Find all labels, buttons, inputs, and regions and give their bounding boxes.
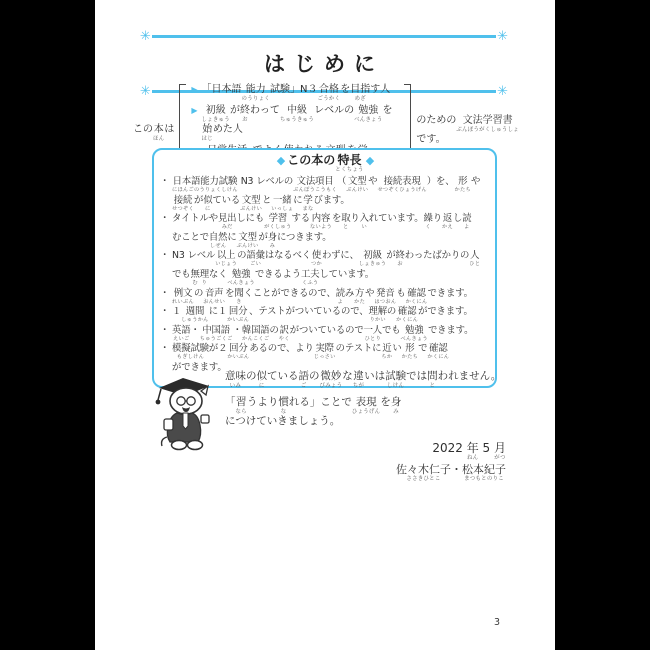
text-segment: 中国語ちゅうごくご — [200, 325, 233, 342]
text-segment: につきます。 — [277, 232, 331, 243]
text-segment: 接続せつぞく — [172, 195, 194, 212]
text-segment: 確認かくにん — [427, 343, 449, 360]
text-segment: れる」ことで — [289, 396, 352, 409]
text-segment: のための — [416, 115, 456, 127]
text-segment: 読よ — [336, 288, 345, 305]
text-segment: 勉強べんきょう — [227, 269, 254, 286]
text-segment: 回分かいぶん — [227, 306, 249, 323]
text-segment: 試験しけん — [385, 370, 406, 389]
diamond-icon: ◆ — [277, 154, 285, 167]
text-segment: めた人 — [213, 124, 243, 136]
feature-bullet: ・ １週間しゅうかんに１回分かいぶん、テストがついているので、理解りかいの確認か… — [160, 306, 491, 325]
text-segment: 中級ちゅうきゅう — [280, 105, 314, 123]
authors: 佐々木仁子ささきひとこ・松本紀子まつもとのりこ — [152, 463, 506, 482]
text-segment: 文法項目ぶんぽうこうもく — [293, 176, 337, 193]
feature-bullet: ・ N3 レベル以上いじょうの語彙ごいはなるべく使つかわずに、初級しょきゅうが終… — [160, 250, 491, 287]
text-segment: （ — [337, 176, 346, 187]
text-segment: 例文れいぶん — [172, 288, 194, 305]
text-segment: 表現ひょうげん — [352, 396, 380, 415]
feature-bullet: ・ 英語えいご・中国語ちゅうごくご・韓国語かんこくごの訳やくがついているので一人… — [160, 325, 491, 344]
text-segment: 終お — [396, 250, 405, 267]
feature-bullet-text: 英語えいご・中国語ちゅうごくご・韓国語かんこくごの訳やくがついているので一人ひと… — [172, 325, 491, 344]
text-segment: 繰く — [424, 213, 433, 230]
page-number: 3 — [494, 617, 500, 628]
closing-section: 意味いみの似にている語ごの微妙びみょうな違ちがいは試験しけんでは問とわれません。… — [152, 370, 506, 482]
snowflake-asterisk-icon: ✳︎ — [140, 30, 151, 43]
text-segment: 、テストがついているので、 — [249, 306, 368, 317]
text-segment: が — [194, 195, 203, 206]
text-segment: できるよう — [255, 269, 301, 280]
intro-suffix-text: のための文法学習書ぶんぽうがくしゅうしょです。 — [416, 115, 542, 153]
text-segment: 始はじ — [202, 124, 213, 142]
feature-bullet: ・ 例文れいぶんの音声おんせいを聞きくことができるので、読よみ方かたや発音はつお… — [160, 288, 491, 307]
text-segment: に — [293, 195, 302, 206]
text-segment: 自然しぜん — [209, 232, 227, 249]
diamond-icon: ◆ — [366, 154, 374, 167]
text-segment: の — [270, 325, 279, 336]
text-segment: を — [383, 105, 393, 117]
text-segment: あるので、より — [249, 343, 313, 354]
text-segment: 取と — [341, 213, 350, 230]
text-segment: ・ — [190, 325, 199, 336]
text-segment: でも — [382, 325, 400, 336]
closing-line: 意味いみの似にている語ごの微妙びみょうな違ちがいは試験しけんでは問とわれません。 — [225, 370, 506, 389]
text-segment: や — [368, 176, 377, 187]
professor-mascot-illustration — [152, 374, 216, 452]
text-segment: 佐々木仁子ささきひとこ — [396, 463, 451, 482]
bullet-dot: ・ — [160, 250, 172, 261]
text-segment: 合格ごうかく — [318, 84, 341, 102]
feature-bullet-text: １週間しゅうかんに１回分かいぶん、テストがついているので、理解りかいの確認かくに… — [172, 306, 491, 325]
text-segment: の — [387, 306, 396, 317]
text-segment: や — [365, 288, 374, 299]
text-segment: 問と — [427, 370, 438, 389]
text-segment: 模擬試験もぎしけん — [172, 343, 209, 360]
text-segment: 5 — [479, 441, 494, 455]
text-segment: ・ — [233, 325, 242, 336]
text-segment: 語彙ごい — [246, 250, 264, 267]
text-segment: に１ — [209, 306, 227, 317]
text-segment: に — [227, 232, 236, 243]
text-segment: 一人ひとり — [364, 325, 382, 342]
text-segment: 能力のうりょく — [242, 84, 270, 102]
book-page: ✳︎ ✳︎ はじめに ✳︎ ✳︎ この本ほんは ▶︎ 「日本語能力のうりょく試験… — [95, 0, 555, 650]
text-segment: できます。 — [428, 288, 473, 299]
text-segment: 人ひと — [469, 250, 480, 267]
text-segment: 週間しゅうかん — [181, 306, 208, 323]
text-segment: われません。 — [438, 370, 502, 383]
text-segment: も — [396, 288, 405, 299]
text-segment: できます。 — [428, 325, 473, 336]
text-segment: 学まな — [302, 195, 313, 212]
text-segment: 似に — [203, 195, 212, 212]
text-segment: の — [237, 250, 246, 261]
feature-bullet: ・ タイトルや見出みだしにも学習がくしゅうする内容ないようを取とり入いれています… — [160, 213, 491, 250]
text-segment: 確認かくにん — [406, 288, 428, 305]
triangle-bullet-icon: ▶︎ — [191, 105, 197, 117]
intro-item: ▶︎ 初級しょきゅうが終おわって中級ちゅうきゅうレベルの勉強べんきょうを始はじめ… — [191, 105, 399, 143]
text-segment: 内容ないよう — [310, 213, 332, 230]
text-segment: 「日本語 — [202, 84, 242, 96]
text-segment: り — [433, 213, 442, 224]
text-segment: のテストに — [336, 343, 382, 354]
text-segment: する — [292, 213, 310, 224]
text-segment: 使つか — [311, 250, 322, 267]
closing-line: 「習ならうより慣なれる」ことで表現ひょうげんを身みにつけていきましょう。 — [225, 396, 506, 434]
text-segment: 年ねん — [467, 441, 479, 461]
text-segment: 日本語能力試験にほんごのうりょくしけん — [172, 176, 238, 193]
text-segment: 音声おんせい — [203, 288, 225, 305]
text-segment: 勉強べんきょう — [400, 325, 427, 342]
text-segment: 近ちか — [381, 343, 392, 360]
text-segment: を — [380, 396, 391, 409]
text-segment: 見出みだ — [218, 213, 236, 230]
text-segment: 文法学習書ぶんぽうがくしゅうしょ — [456, 115, 519, 133]
text-segment: ・ — [451, 463, 462, 476]
text-segment: 初級しょきゅう — [202, 105, 230, 123]
triangle-bullet-icon: ▶︎ — [191, 84, 197, 96]
text-segment: ができます。 — [418, 306, 473, 317]
text-segment: 読よ — [462, 213, 471, 230]
snowflake-asterisk-icon: ✳︎ — [497, 30, 508, 43]
text-segment: 理り — [200, 269, 209, 286]
text-segment: を — [225, 288, 234, 299]
text-segment: なく — [209, 269, 227, 280]
text-segment: 身み — [391, 396, 402, 415]
text-segment: 似に — [257, 370, 268, 389]
text-segment: 文型ぶんけい — [240, 195, 262, 212]
text-segment: し — [453, 213, 462, 224]
text-segment: が — [386, 250, 395, 261]
text-segment: 試験」N３ — [270, 84, 317, 96]
bullet-dot: ・ — [160, 213, 172, 224]
text-segment: 工夫くふう — [301, 269, 319, 286]
text-segment: この — [133, 124, 153, 136]
feature-bullet-text: タイトルや見出みだしにも学習がくしゅうする内容ないようを取とり入いれています。繰… — [172, 213, 491, 250]
text-segment: 文型ぶんけい — [237, 232, 259, 249]
text-segment: レベルの — [314, 105, 354, 117]
bullet-dot: ・ — [160, 288, 172, 299]
text-segment: み — [345, 288, 354, 299]
text-segment: はなるべく — [265, 250, 311, 261]
text-segment: この本の — [287, 154, 335, 167]
text-segment: で — [418, 343, 427, 354]
text-segment: につけていきましょう。 — [225, 415, 340, 428]
text-segment: の — [246, 370, 257, 383]
text-segment: 無む — [190, 269, 199, 286]
bullet-dot: ・ — [160, 176, 172, 187]
text-segment: 初級しょきゅう — [359, 250, 386, 267]
text-segment: ）を、 — [427, 176, 455, 187]
text-segment: 特長とくちょう — [335, 154, 363, 173]
intro-item-text: 初級しょきゅうが終おわって中級ちゅうきゅうレベルの勉強べんきょうを始はじめた人 — [202, 105, 400, 143]
text-segment: 習なら — [236, 396, 247, 415]
text-segment: ている — [267, 370, 299, 383]
features-heading-text: この本の特長とくちょう — [287, 154, 363, 173]
text-segment: 理解りかい — [368, 306, 386, 323]
text-segment: 松本紀子まつもとのりこ — [462, 463, 506, 482]
text-segment: 確認かくにん — [396, 306, 418, 323]
bullet-dot: ・ — [160, 306, 172, 317]
text-segment: くことができるので、 — [244, 288, 336, 299]
text-segment: N3 レベルの — [238, 176, 293, 187]
text-segment: 文型ぶんけい — [346, 176, 368, 193]
text-segment: 韓国語かんこくご — [242, 325, 270, 342]
bullet-dot: ・ — [160, 343, 172, 354]
feature-bullet-text: 例文れいぶんの音声おんせいを聞きくことができるので、読よみ方かたや発音はつおんも… — [172, 288, 491, 307]
text-segment: な — [342, 370, 353, 383]
text-segment: が２ — [209, 343, 227, 354]
text-segment: でも — [172, 269, 190, 280]
text-segment: です。 — [416, 134, 445, 146]
text-segment: す人 — [370, 84, 390, 96]
text-segment: 接続表現せつぞくひょうげん — [377, 176, 426, 193]
text-segment: いは — [364, 370, 385, 383]
text-segment: が — [259, 232, 268, 243]
decorated-rule-top: ✳︎ ✳︎ — [140, 30, 508, 43]
text-segment: 返かえ — [442, 213, 453, 230]
blue-rule-line — [152, 35, 496, 38]
text-segment: 以上いじょう — [215, 250, 237, 267]
text-segment: しにも — [236, 213, 264, 224]
text-segment: を — [332, 213, 341, 224]
text-segment: 発音はつおん — [374, 288, 396, 305]
text-segment: ている — [212, 195, 240, 206]
text-segment: 学習がくしゅう — [264, 213, 291, 230]
feature-bullet: ・ 日本語能力試験にほんごのうりょくしけん N3 レベルの文法項目ぶんぽうこうも… — [160, 176, 491, 213]
text-segment: びます。 — [313, 195, 349, 206]
text-segment: では — [406, 370, 427, 383]
text-segment: 方かた — [354, 288, 365, 305]
text-segment: 訳やく — [279, 325, 290, 342]
text-segment: は — [164, 124, 174, 136]
text-segment: わずに、 — [322, 250, 359, 261]
text-segment: がついているので — [290, 325, 364, 336]
intro-item-text: 「日本語能力のうりょく試験」N３合格ごうかくを目指めざす人 — [202, 84, 391, 103]
text-segment: と — [262, 195, 271, 206]
text-segment: 勉強べんきょう — [354, 105, 382, 123]
text-segment: 慣な — [278, 396, 289, 415]
feature-bullet-text: 日本語能力試験にほんごのうりょくしけん N3 レベルの文法項目ぶんぽうこうもく（… — [172, 176, 491, 213]
intro-label: この本ほんは — [133, 124, 174, 143]
text-segment: 違ちが — [353, 370, 364, 389]
text-segment: 回分かいぶん — [227, 343, 249, 360]
text-segment: い — [392, 343, 401, 354]
text-segment: うより — [247, 396, 279, 409]
text-segment: むことで — [172, 232, 209, 243]
text-segment: の — [309, 370, 320, 383]
bullet-dot: ・ — [160, 325, 172, 336]
text-segment: １ — [172, 306, 181, 317]
text-segment: 意味いみ — [225, 370, 246, 389]
text-segment: 語ご — [299, 370, 310, 389]
text-segment: 月がつ — [494, 441, 506, 461]
text-segment: わって — [250, 105, 280, 117]
text-segment: や — [471, 176, 480, 187]
text-segment: タイトルや — [172, 213, 218, 224]
features-heading: ◆この本の特長とくちょう◆ — [160, 154, 491, 173]
text-segment: 実際じっさい — [314, 343, 336, 360]
page-title: はじめに — [140, 43, 508, 85]
text-segment: 微妙びみょう — [320, 370, 343, 389]
text-segment: 本ほん — [153, 124, 164, 142]
text-segment: わったばかりの — [405, 250, 469, 261]
text-segment: N3 レベル — [172, 250, 215, 261]
text-segment: 2022 — [432, 441, 466, 455]
text-segment: 入い — [360, 213, 369, 230]
feature-bullet-text: N3 レベル以上いじょうの語彙ごいはなるべく使つかわずに、初級しょきゅうが終おわ… — [172, 250, 491, 287]
text-segment: が — [230, 105, 240, 117]
text-segment: を — [340, 84, 350, 96]
text-segment: れています。 — [369, 213, 424, 224]
text-segment: 身み — [268, 232, 277, 249]
text-segment: の — [194, 288, 203, 299]
closing-text: 意味いみの似にている語ごの微妙びみょうな違ちがいは試験しけんでは問とわれません。… — [225, 370, 506, 434]
intro-item: ▶︎ 「日本語能力のうりょく試験」N３合格ごうかくを目指めざす人 — [191, 84, 399, 103]
text-segment: 目指めざ — [350, 84, 370, 102]
text-segment: 終お — [240, 105, 250, 123]
text-segment: 「 — [225, 396, 236, 409]
text-segment: 一緒いっしょ — [271, 195, 293, 212]
text-segment: 英語えいご — [172, 325, 190, 342]
text-segment: り — [350, 213, 359, 224]
text-segment: 形かたち — [402, 343, 418, 360]
features-box: ◆この本の特長とくちょう◆ ・ 日本語能力試験にほんごのうりょくしけん N3 レ… — [152, 148, 497, 388]
text-segment: 聞き — [234, 288, 243, 305]
text-segment: しています。 — [319, 269, 374, 280]
text-segment: 形かたち — [455, 176, 471, 193]
